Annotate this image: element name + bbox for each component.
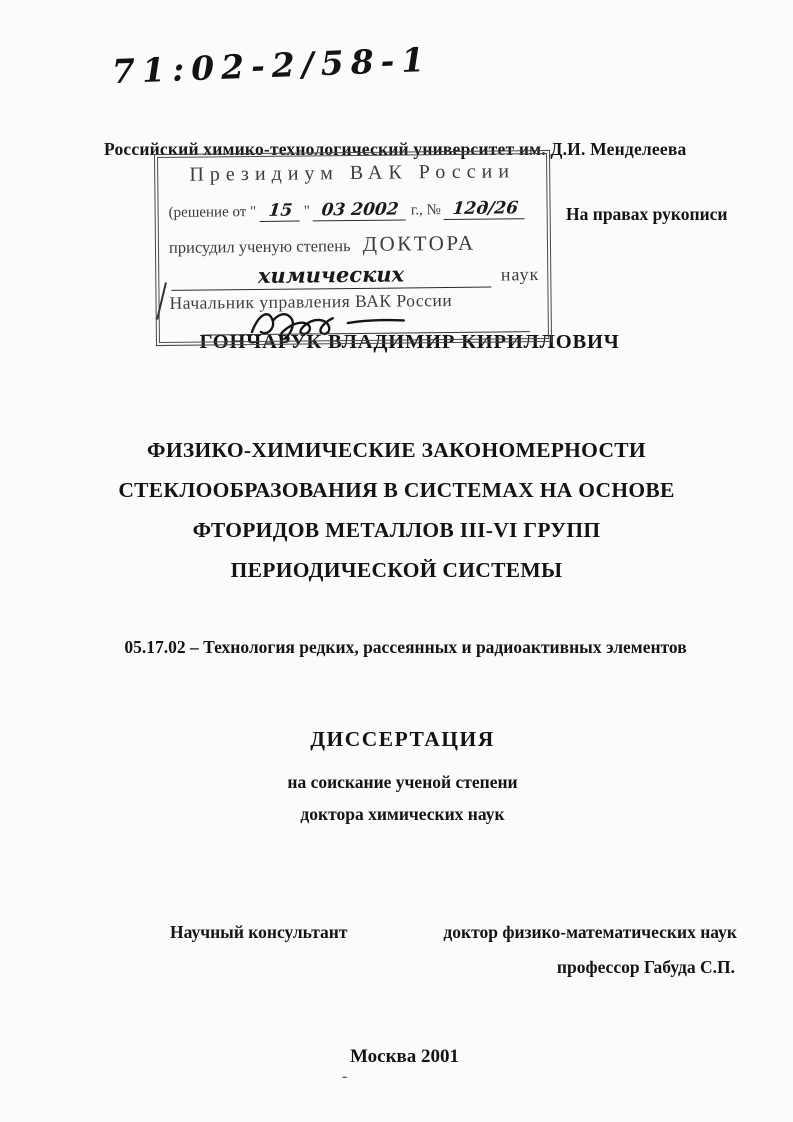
- dissertation-title-line-3: ФТОРИДОВ МЕТАЛЛОВ III-VI ГРУПП: [0, 518, 793, 543]
- manuscript-rights-note: На правах рукописи: [566, 204, 728, 225]
- degree-name-line: доктора химических наук: [0, 804, 793, 825]
- signature-scribble: [246, 304, 476, 345]
- consultant-name: профессор Габуда С.П.: [557, 957, 735, 978]
- stamp-field-handwritten: химических: [171, 261, 491, 291]
- city-and-year: Москва 2001: [0, 1046, 793, 1068]
- stamp-field-suffix: наук: [501, 264, 540, 285]
- dissertation-title-line-4: ПЕРИОДИЧЕСКОЙ СИСТЕМЫ: [0, 558, 793, 583]
- stamp-decision-year-label: г., №: [411, 202, 441, 219]
- stamp-header: Президиум ВАК России: [154, 160, 550, 187]
- consultant-degree: доктор физико-математических наук: [443, 922, 737, 943]
- dissertation-title-page: 71:02-2/58-1 Российский химико-технологи…: [0, 0, 793, 1122]
- consultant-label: Научный консультант: [170, 922, 347, 943]
- stamp-awarded-line: присудил ученую степень ДОКТОРА: [169, 230, 543, 259]
- stamp-awarded-text: присудил ученую степень: [169, 236, 351, 257]
- stamp-decision-date-handwritten: 03 2002: [313, 199, 408, 221]
- stamp-decision-line: (решение от " 15 " 03 2002 г., № 12д/26: [169, 198, 543, 223]
- stamp-decision-prefix: (решение от ": [169, 204, 257, 222]
- dissertation-title-line-2: СТЕКЛООБРАЗОВАНИЯ В СИСТЕМАХ НА ОСНОВЕ: [0, 478, 793, 503]
- vak-approval-stamp: Президиум ВАК России (решение от " 15 " …: [154, 150, 552, 346]
- stamp-decision-quote: ": [304, 203, 310, 220]
- handwritten-accession-number: 71:02-2/58-1: [111, 40, 432, 91]
- degree-pursuit-line: на соискание ученой степени: [0, 772, 793, 793]
- stamp-field-line: химических наук: [171, 260, 539, 291]
- stamp-decision-day-handwritten: 15: [259, 201, 301, 222]
- document-type: ДИССЕРТАЦИЯ: [0, 727, 793, 752]
- stamp-awarded-degree: ДОКТОРА: [363, 231, 476, 256]
- small-pen-mark: -: [342, 1068, 347, 1086]
- specialty-line: 05.17.02 – Технология редких, рассеянных…: [0, 637, 793, 658]
- stamp-decision-number-handwritten: 12д/26: [444, 198, 527, 220]
- dissertation-title-line-1: ФИЗИКО-ХИМИЧЕСКИЕ ЗАКОНОМЕРНОСТИ: [0, 438, 793, 463]
